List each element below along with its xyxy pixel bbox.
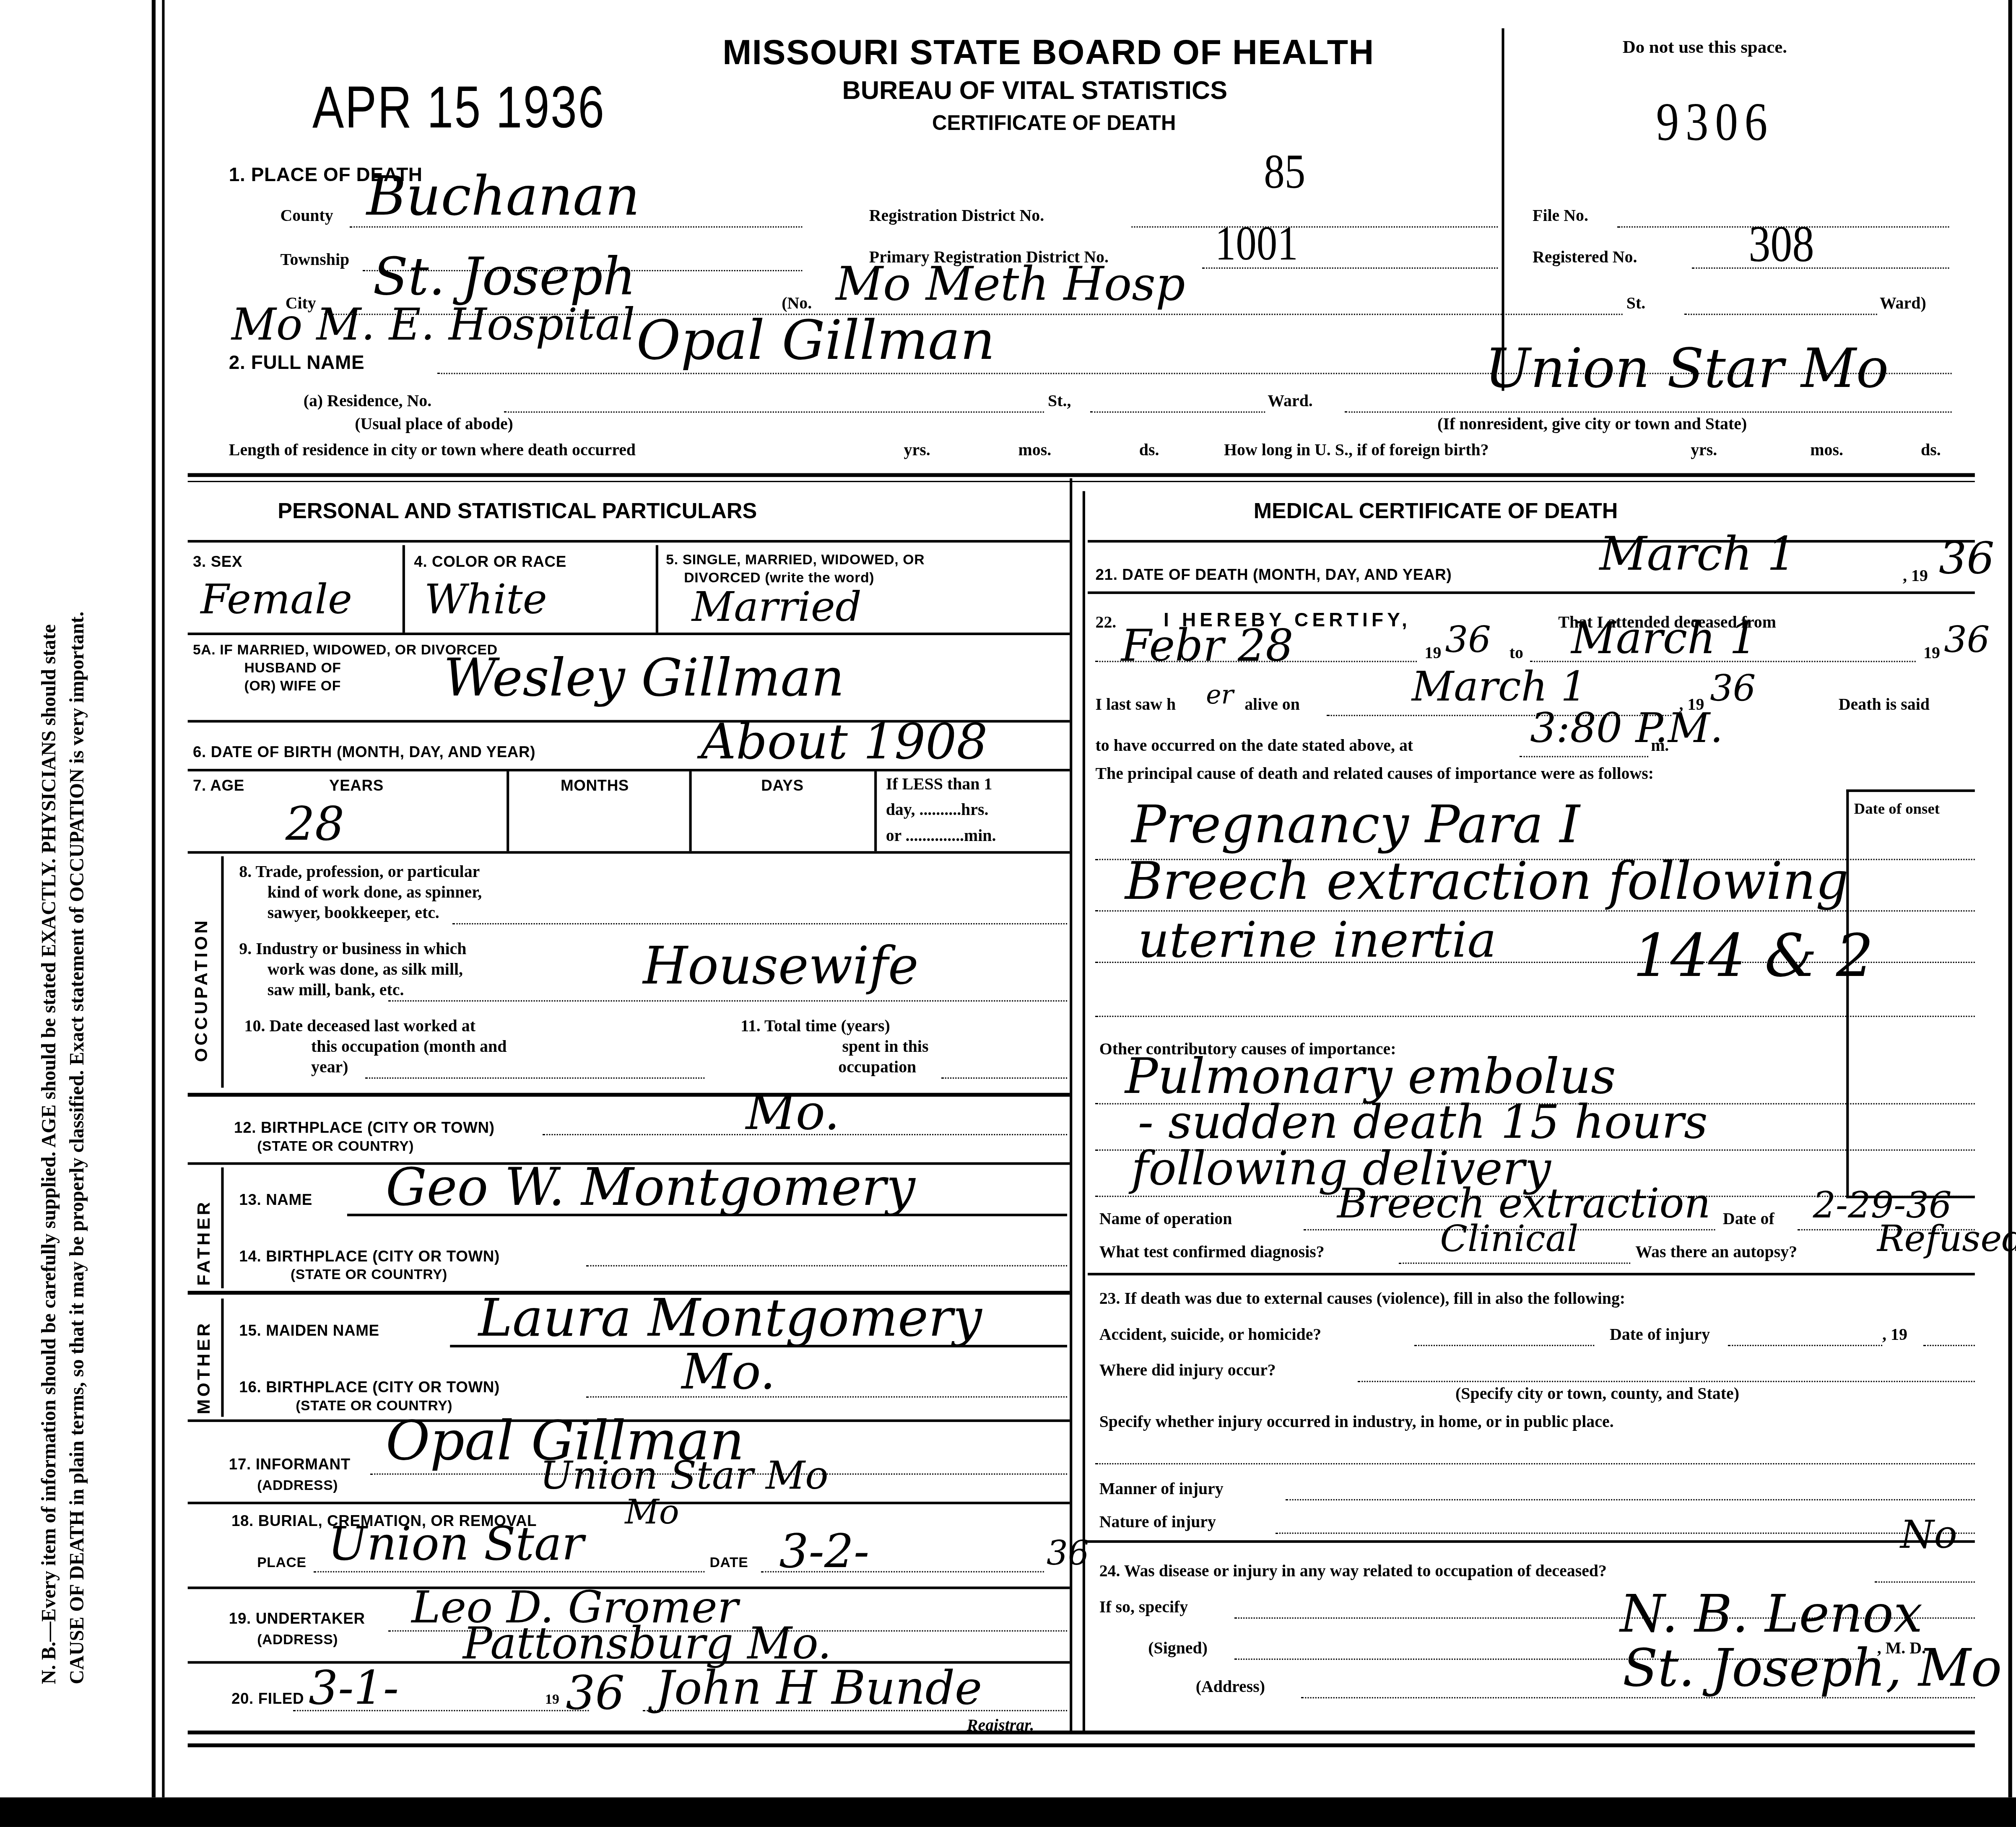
residence-years-unit: yrs. (904, 440, 930, 460)
foreign-years-unit: yrs. (1691, 440, 1717, 460)
operation-date-label: Date of (1723, 1209, 1774, 1229)
nature-of-injury-label: Nature of injury (1099, 1512, 1216, 1533)
manner-of-injury-label: Manner of injury (1099, 1479, 1224, 1499)
injury-location-line (1358, 1381, 1975, 1382)
injury-date-label: Date of injury (1610, 1324, 1710, 1345)
other-cause-2-value: - sudden death 15 hours (1138, 1100, 1708, 1147)
nature-of-injury-line (1276, 1533, 1975, 1534)
birthplace-sublabel: (STATE OR COUNTRY) (257, 1139, 414, 1155)
burial-date-value: 3-2- (779, 1530, 869, 1576)
registration-district-line (1131, 226, 1498, 228)
row-rule (1088, 1273, 1975, 1275)
certify-number: 22. (1095, 612, 1116, 633)
form-subtitle: BUREAU OF VITAL STATISTICS (842, 77, 1227, 107)
time-of-death-line (1520, 756, 1648, 757)
signed-label: (Signed) (1148, 1638, 1208, 1658)
trade-field-line (452, 923, 1067, 924)
marital-status-label-1: 5. SINGLE, MARRIED, WIDOWED, OR (666, 553, 925, 568)
cause-classification-code: 144 & 2 (1633, 926, 1873, 985)
township-label: Township (280, 249, 349, 270)
spouse-value: Wesley Gillman (444, 653, 844, 705)
certificate-title: CERTIFICATE OF DEATH (932, 113, 1176, 136)
residence-sublabel: (Usual place of abode) (355, 414, 513, 435)
date-of-onset-label: Date of onset (1854, 800, 1940, 819)
personal-heading-rule (188, 540, 1070, 542)
last-worked-label-2: this occupation (month and (311, 1036, 507, 1057)
onset-box-top (1846, 789, 1975, 792)
spouse-label-2: HUSBAND OF (244, 661, 341, 676)
attended-to-year: 36 (1944, 622, 1990, 658)
date-of-death-label: 21. DATE OF DEATH (MONTH, DAY, AND YEAR) (1095, 566, 1452, 584)
father-birthplace-line (586, 1265, 1067, 1266)
father-birthplace-label: 14. BIRTHPLACE (CITY OR TOWN) (239, 1247, 500, 1265)
if-so-specify-label: If so, specify (1099, 1597, 1188, 1617)
injury-location-hint: (Specify city or town, county, and State… (1455, 1383, 1739, 1404)
file-no-label: File No. (1533, 206, 1588, 226)
foreign-days-unit: ds. (1921, 440, 1941, 460)
registration-district-label: Registration District No. (869, 206, 1044, 226)
registered-no-label: Registered No. (1533, 247, 1637, 267)
do-not-use-note: Do not use this space. (1623, 39, 1787, 59)
city-value: St. Joseph (373, 252, 636, 304)
street-label: St. (1626, 293, 1645, 314)
undertaker-address-label: (ADDRESS) (257, 1633, 338, 1648)
burial-date-label: DATE (710, 1556, 748, 1571)
spouse-label-3: (OR) WIFE OF (244, 679, 341, 694)
primary-district-stamp: 1001 (1215, 216, 1298, 272)
residence-street-label: St., (1048, 391, 1071, 411)
total-time-label-2: spent in this (842, 1036, 928, 1057)
father-name-value: Geo W. Montgomery (386, 1162, 915, 1214)
age-years-label: YEARS (329, 776, 384, 794)
total-time-line (941, 1077, 1067, 1079)
undertaker-label: 19. UNDERTAKER (229, 1610, 365, 1628)
trade-label-1: 8. Trade, profession, or particular (239, 862, 480, 882)
total-time-label-3: occupation (838, 1057, 916, 1077)
physician-address-value: St. Joseph, Mo (1623, 1643, 2002, 1695)
left-border-inner (162, 0, 164, 1797)
father-side-rule (221, 1168, 223, 1288)
foreign-months-unit: mos. (1810, 440, 1843, 460)
date-of-death-year-prefix: , 19 (1903, 566, 1928, 586)
primary-district-label: Primary Registration District No. (869, 247, 1109, 267)
date-of-death-year: 36 (1939, 537, 1995, 581)
occupation-related-label: 24. Was disease or injury in any way rel… (1099, 1561, 1607, 1581)
time-of-death-label: to have occurred on the date stated abov… (1095, 735, 1413, 756)
age-label: 7. AGE (193, 776, 244, 794)
autopsy-value: Refused (1877, 1221, 2016, 1257)
total-time-label-1: 11. Total time (years) (740, 1016, 890, 1036)
manner-of-injury-line (1286, 1499, 1975, 1500)
injury-year-label: , 19 (1882, 1324, 1907, 1345)
mother-birthplace-value: Mo. (681, 1347, 775, 1396)
nonresident-note: (If nonresident, give city or town and S… (1437, 414, 1747, 435)
residence-days-unit: ds. (1139, 440, 1159, 460)
birthplace-label: 12. BIRTHPLACE (CITY OR TOWN) (234, 1119, 495, 1137)
occupation-side-rule (221, 856, 223, 1087)
row-rule (188, 1093, 1070, 1097)
scan-edge (0, 1797, 2016, 1827)
last-saw-label: I last saw h (1095, 694, 1176, 715)
age-divider (507, 771, 509, 851)
age-days-label: DAYS (761, 776, 803, 794)
filed-year-value: 36 (566, 1671, 624, 1718)
full-name-label: 2. FULL NAME (229, 352, 364, 374)
length-of-residence-label: Length of residence in city or town wher… (229, 440, 636, 460)
external-causes-label: 23. If death was due to external causes … (1099, 1288, 1625, 1309)
attended-to-value: March 1 (1571, 617, 1757, 661)
father-side-label: FATHER (193, 1199, 213, 1285)
father-name-label: 13. NAME (239, 1191, 312, 1209)
residence-number-line (504, 411, 1044, 413)
diagnosis-test-value: Clinical (1440, 1221, 1578, 1257)
left-border-outer (152, 0, 156, 1797)
bottom-rule-2 (188, 1744, 1975, 1747)
filed-date-value: 3-1- (309, 1666, 399, 1713)
attended-from-year-prefix: 19 (1424, 643, 1441, 663)
mother-birthplace-label: 16. BIRTHPLACE (CITY OR TOWN) (239, 1378, 500, 1396)
hours-label: day, ..........hrs. (886, 800, 989, 820)
margin-note-line-1: N. B.—Every item of information should b… (39, 624, 62, 1684)
diagnosis-test-label: What test confirmed diagnosis? (1099, 1242, 1325, 1263)
death-said-label: Death is said (1839, 694, 1930, 715)
nonresident-value: Union Star Mo (1485, 342, 1889, 396)
injury-year-line (1923, 1345, 1975, 1346)
margin-note-line-2: CAUSE OF DEATH in plain terms, so that i… (67, 612, 90, 1684)
age-divider (689, 771, 692, 851)
last-saw-date-value: March 1 (1412, 666, 1587, 707)
age-divider (874, 771, 877, 851)
header-body-divider (188, 473, 1975, 477)
right-border (2008, 0, 2012, 1797)
header-body-divider-thin (188, 481, 1975, 482)
accident-label: Accident, suicide, or homicide? (1099, 1324, 1322, 1345)
registration-district-stamp: 85 (1264, 144, 1305, 200)
county-value: Buchanan (366, 170, 640, 224)
medical-section-heading: MEDICAL CERTIFICATE OF DEATH (1254, 499, 1618, 524)
row-rule (1088, 1540, 1975, 1543)
registrar-signature: John H Bunde (656, 1666, 982, 1713)
occupation-related-line (1875, 1581, 1975, 1583)
sex-value: Female (200, 579, 352, 620)
foreign-birth-label: How long in U. S., if of foreign birth? (1224, 440, 1489, 460)
injury-setting-label: Specify whether injury occurred in indus… (1099, 1412, 1614, 1432)
time-of-death-value: 3:80 P.M. (1530, 707, 1723, 748)
registered-no-value: 308 (1748, 213, 1814, 274)
registered-no-line (1692, 267, 1949, 269)
residence-ward-line (1090, 411, 1265, 413)
state-file-number: 9306 (1656, 93, 1774, 154)
residence-months-unit: mos. (1018, 440, 1052, 460)
bottom-rule-1 (188, 1731, 1975, 1734)
less-than-day-label: If LESS than 1 (886, 774, 992, 794)
autopsy-label: Was there an autopsy? (1635, 1242, 1797, 1263)
physician-signature: N. B. Lenox (1620, 1589, 1923, 1641)
medical-heading-rule (1088, 540, 1975, 542)
industry-field-line (388, 1000, 1067, 1002)
mother-name-value: Laura Montgomery (478, 1293, 982, 1345)
last-worked-label-3: year) (311, 1057, 348, 1077)
filed-label: 20. FILED (231, 1689, 304, 1708)
race-value: White (424, 579, 547, 620)
date-of-birth-value: About 1908 (701, 717, 987, 766)
injury-date-line (1728, 1345, 1882, 1346)
age-years-value: 28 (286, 802, 344, 849)
injury-setting-line (1095, 1463, 1974, 1464)
informant-address-label: (ADDRESS) (257, 1479, 338, 1494)
last-worked-label-1: 10. Date deceased last worked at (244, 1016, 475, 1036)
attended-to-year-prefix: 19 (1923, 643, 1940, 663)
cause-1-value: Pregnancy Para I (1131, 800, 1580, 851)
informant-label: 17. INFORMANT (229, 1456, 351, 1474)
mother-name-label: 15. MAIDEN NAME (239, 1322, 379, 1340)
occupation-related-value: No (1900, 1517, 1957, 1556)
ward-field-line (1684, 314, 1877, 315)
county-label: County (280, 206, 333, 226)
occupation-side-label: OCCUPATION (190, 918, 211, 1062)
burial-year-value: 36 (1047, 1538, 1089, 1571)
row-rule (188, 851, 1070, 854)
cause-line-4 (1095, 1016, 1974, 1017)
cause-3-value: uterine inertia (1138, 916, 1496, 965)
residence-label: (a) Residence, No. (304, 391, 432, 411)
trade-label-3: sawyer, bookkeeper, etc. (268, 903, 439, 923)
residence-ward-label: Ward. (1268, 391, 1312, 411)
accident-line (1414, 1345, 1594, 1346)
attended-from-year: 36 (1445, 622, 1491, 658)
hospital-prefix-value: Mo M. E. Hospital (231, 304, 635, 347)
mother-side-rule (221, 1298, 223, 1417)
birthplace-value: Mo. (746, 1088, 839, 1137)
last-worked-line (365, 1077, 705, 1079)
industry-label-2: work was done, as silk mill, (268, 959, 463, 980)
cause-intro-label: The principal cause of death and related… (1095, 764, 1654, 784)
marital-status-value: Married (692, 586, 862, 627)
industry-label-3: saw mill, bank, etc. (268, 980, 404, 1000)
informant-address-value: Union Star Mo (540, 1458, 829, 1497)
burial-place-label: PLACE (257, 1556, 306, 1571)
date-of-death-value: March 1 (1599, 532, 1796, 579)
burial-place-line (314, 1571, 704, 1573)
row-rule (1088, 592, 1975, 594)
cause-2-value: Breech extraction following (1125, 856, 1849, 908)
date-of-birth-label: 6. DATE OF BIRTH (MONTH, DAY, AND YEAR) (193, 743, 535, 761)
form-title: MISSOURI STATE BOARD OF HEALTH (722, 34, 1374, 73)
onset-box-border (1846, 789, 1849, 1198)
operation-label: Name of operation (1099, 1209, 1232, 1229)
diagnosis-test-line (1399, 1263, 1630, 1264)
undertaker-address-value: Pattonsburg Mo. (463, 1622, 831, 1666)
attended-to-label: to (1509, 643, 1523, 663)
last-saw-year: 36 (1710, 671, 1756, 707)
death-certificate: N. B.—Every item of information should b… (0, 0, 2016, 1827)
alive-on-label: alive on (1244, 694, 1300, 715)
sex-race-divider (403, 545, 405, 633)
father-birthplace-sublabel: (STATE OR COUNTRY) (291, 1268, 447, 1283)
other-cause-1-value: Pulmonary embolus (1125, 1052, 1616, 1101)
industry-value: Housewife (643, 941, 919, 993)
mother-side-label: MOTHER (193, 1321, 213, 1414)
received-date-stamp: APR 15 1936 (312, 72, 605, 142)
industry-label-1: 9. Industry or business in which (239, 939, 466, 959)
personal-section-heading: PERSONAL AND STATISTICAL PARTICULARS (278, 499, 757, 524)
race-label: 4. COLOR OR RACE (414, 553, 566, 571)
row-rule (188, 633, 1070, 635)
age-months-label: MONTHS (561, 776, 629, 794)
time-meridiem-label: m. (1651, 735, 1669, 756)
burial-method-value: Mo (625, 1497, 679, 1530)
physician-address-label: (Address) (1196, 1676, 1265, 1697)
attended-from-value: Febr 28 (1121, 625, 1294, 668)
burial-place-value: Union Star (328, 1522, 584, 1568)
sex-label: 3. SEX (193, 553, 242, 571)
full-name-value: Opal Gillman (636, 314, 995, 368)
injury-location-label: Where did injury occur? (1099, 1360, 1276, 1381)
last-saw-pronoun: er (1206, 681, 1234, 707)
trade-label-2: kind of work done, as spinner, (268, 882, 482, 903)
race-marital-divider (656, 545, 658, 633)
filed-year-prefix: 19 (545, 1692, 559, 1708)
hospital-name-value: Mo Meth Hosp (836, 262, 1185, 309)
ward-label: Ward) (1880, 293, 1926, 314)
mother-birthplace-line (586, 1396, 1067, 1398)
row-rule (188, 769, 1070, 771)
minutes-label: or ..............min. (886, 825, 996, 846)
nonresident-line (1345, 411, 1951, 413)
